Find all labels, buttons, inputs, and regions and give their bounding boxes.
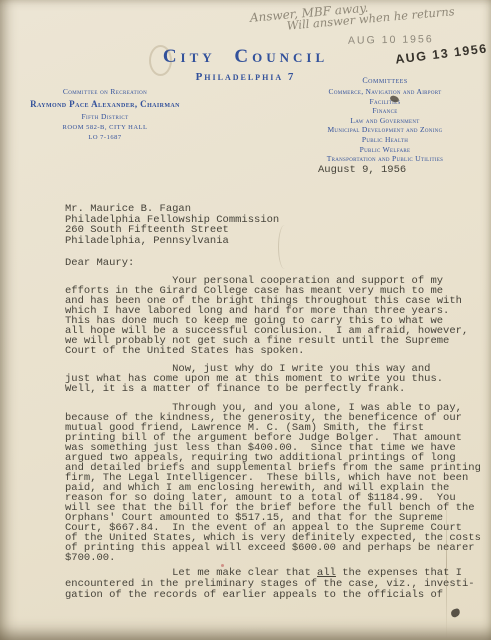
paper-crease <box>446 488 447 640</box>
received-date-stamp-aug10: AUG 10 1956 <box>348 33 434 46</box>
body-paragraph-3: Through you, and you alone, I was able t… <box>65 403 481 563</box>
body-paragraph-1: Your personal cooperation and support of… <box>65 276 468 356</box>
committees-heading: Committees <box>298 76 472 85</box>
committee-item: Commerce, Navigation and Airport <box>298 87 472 97</box>
left-committee-line: Committee on Recreation <box>25 87 185 96</box>
letterhead-right-committees-block: Committees Commerce, Navigation and Airp… <box>298 76 472 164</box>
body-paragraph-2: Now, just why do I write you this way an… <box>65 364 443 394</box>
left-chairman-line: Raymond Pace Alexander, Chairman <box>25 99 185 109</box>
committee-item: Law and Government <box>298 116 472 126</box>
committee-item: Public Health <box>298 135 472 145</box>
letter-date: August 9, 1956 <box>318 165 406 175</box>
letterhead-title: City Council <box>0 46 491 68</box>
red-speck <box>221 564 224 567</box>
ring-stain <box>149 45 172 76</box>
handwritten-note: Answer, MBF away. Will answer when he re… <box>249 0 455 36</box>
left-district-line: Fifth District <box>25 112 185 121</box>
salutation: Dear Maury: <box>65 258 134 268</box>
committee-item: Facilities <box>298 97 472 107</box>
ink-mark <box>450 608 461 618</box>
paragraph4-prefix: Let me make clear that <box>65 567 317 579</box>
letterhead-left-committee-block: Committee on Recreation Raymond Pace Ale… <box>25 87 185 143</box>
committee-item: Municipal Development and Zoning <box>298 125 472 135</box>
paper-crease <box>278 225 291 269</box>
left-phone-line: LO 7-1687 <box>25 134 185 141</box>
recipient-address: Mr. Maurice B. Fagan Philadelphia Fellow… <box>65 204 279 246</box>
body-paragraph-4: Let me make clear that all the expenses … <box>65 568 475 602</box>
underlined-word-all: all <box>317 567 336 579</box>
committee-item: Public Welfare <box>298 145 472 155</box>
left-room-line: ROOM 582-B, CITY HALL <box>25 124 185 131</box>
committee-item: Transportation and Public Utilities <box>298 154 472 164</box>
committee-item: Finance <box>298 106 472 116</box>
letter-page: Answer, MBF away. Will answer when he re… <box>0 0 491 640</box>
